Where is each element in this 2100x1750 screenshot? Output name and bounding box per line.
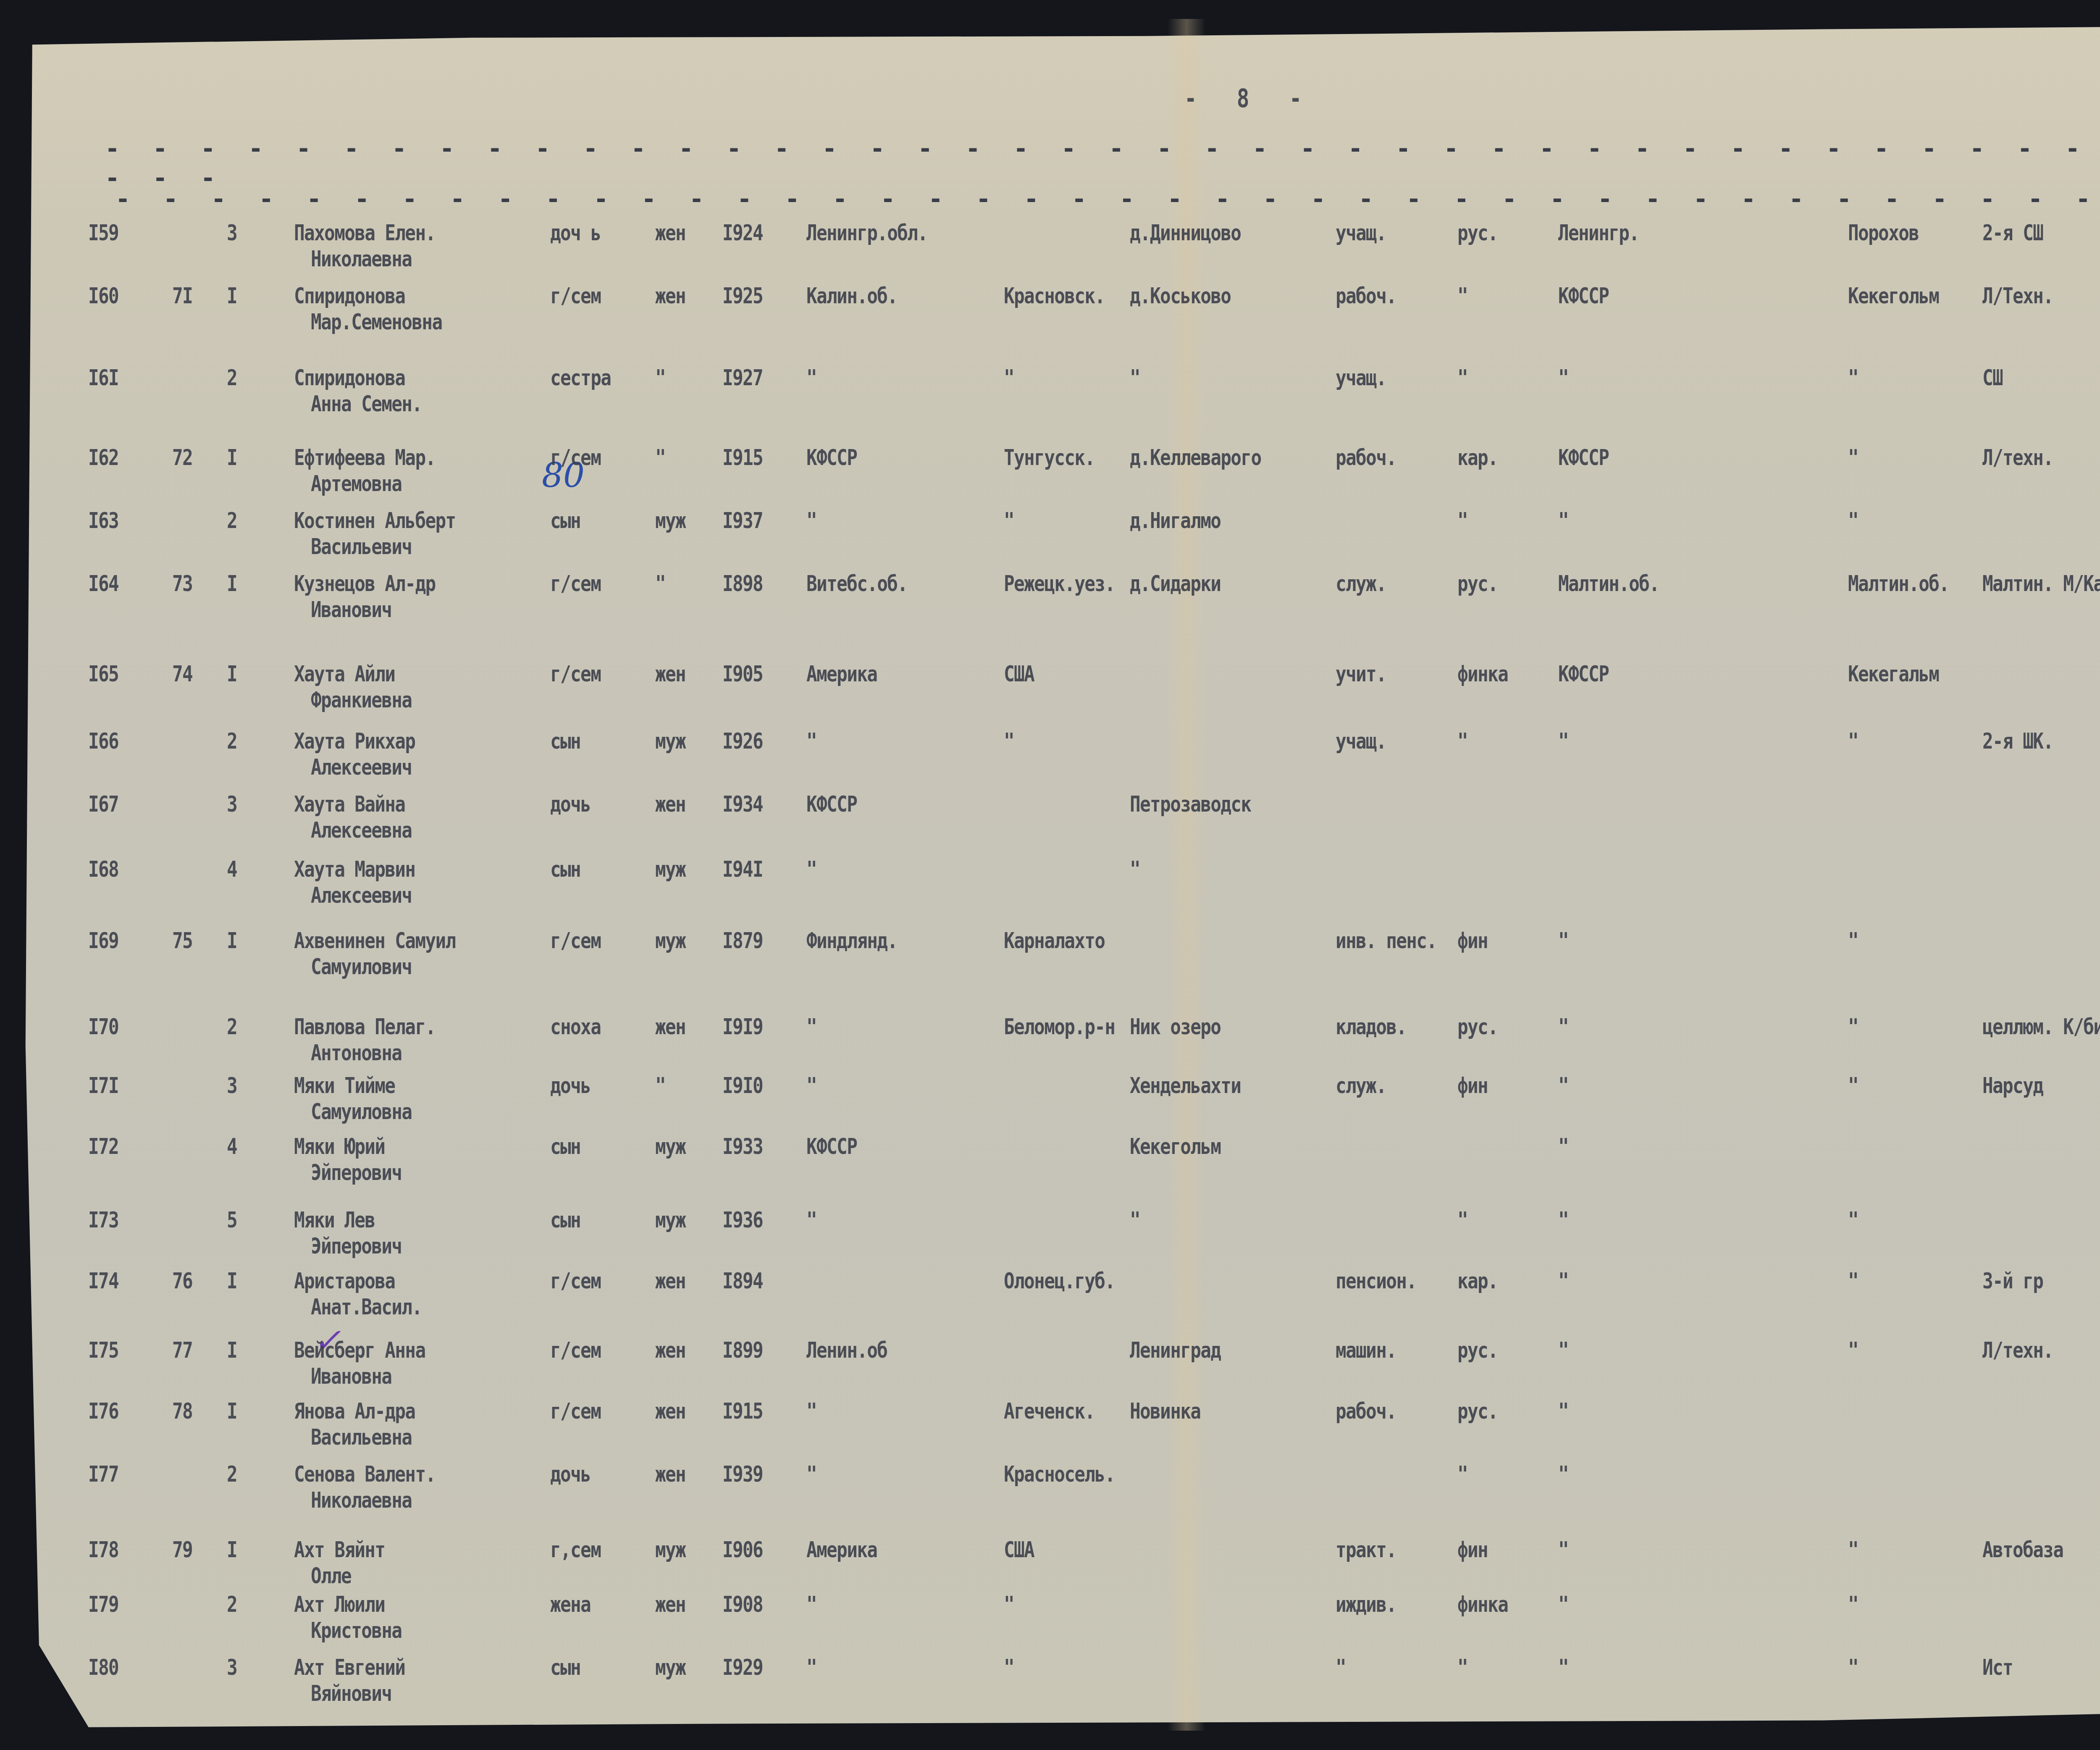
cell-name2: Николаевна	[311, 247, 412, 272]
cell-soc: рабоч.	[1336, 445, 1396, 470]
cell-fam: 75	[172, 928, 192, 954]
cell-nat: финка	[1457, 1592, 1508, 1617]
cell-sex: жен	[655, 1592, 685, 1617]
cell-work: СШ	[1982, 365, 2003, 391]
cell-year: I924	[722, 221, 763, 246]
cell-work: 2-я СШ	[1982, 221, 2043, 246]
cell-lives: Малтин.об.	[1848, 571, 1949, 596]
cell-birth1: Ленингр.обл.	[806, 221, 927, 246]
cell-work: Малтин. М/Кан.прок. пункт	[1982, 571, 2100, 596]
cell-birth3: Новинка	[1130, 1399, 1200, 1424]
cell-name2: Самуилович	[311, 954, 412, 980]
cell-lives: Кекегальм	[1848, 662, 1939, 687]
separator-line-top: - - - - - - - - - - - - - - - - - - - - …	[105, 134, 2100, 163]
cell-rel: сын	[550, 857, 580, 882]
cell-rel: г/сем	[550, 928, 601, 954]
cell-soc: учащ.	[1336, 221, 1386, 246]
cell-soc: кладов.	[1336, 1014, 1406, 1040]
cell-rel: г/сем	[550, 662, 601, 687]
cell-birth2: "	[1004, 1592, 1014, 1617]
cell-sex: жен	[655, 284, 685, 309]
separator-line-bottom: - - - - - - - - - - - - - - - - - - - - …	[115, 185, 2100, 213]
cell-name1: Ахт Вяйнт	[294, 1537, 385, 1563]
cell-birth3: д.Динницово	[1130, 221, 1241, 246]
cell-from: "	[1558, 1462, 1568, 1487]
cell-nat: финка	[1457, 662, 1508, 687]
cell-from: КФССР	[1558, 662, 1609, 687]
cell-name1: Хаута Марвин	[294, 857, 415, 882]
cell-year: I908	[722, 1592, 763, 1617]
cell-n: I7I	[88, 1073, 118, 1098]
cell-soc: рабоч.	[1336, 284, 1396, 309]
cell-year: I927	[722, 365, 763, 391]
cell-n: I79	[88, 1592, 118, 1617]
cell-name2: Николаевна	[311, 1488, 412, 1513]
cell-sex: муж	[655, 508, 685, 533]
cell-sex: жен	[655, 221, 685, 246]
cell-birth1: Америка	[806, 662, 877, 687]
paper-fold	[1168, 19, 1205, 1731]
cell-name1: Спиридонова	[294, 284, 405, 309]
cell-fam: 77	[172, 1338, 192, 1363]
cell-rel: сестра	[550, 365, 611, 391]
cell-birth2: "	[1004, 1655, 1014, 1680]
cell-n: I68	[88, 857, 118, 882]
cell-sex: жен	[655, 1399, 685, 1424]
cell-soc: служ.	[1336, 571, 1386, 596]
cell-soc: служ.	[1336, 1073, 1386, 1098]
cell-name2: Эйперович	[311, 1160, 402, 1185]
cell-year: I906	[722, 1537, 763, 1563]
cell-birth3: "	[1130, 857, 1140, 882]
cell-n: I70	[88, 1014, 118, 1040]
cell-nat: "	[1457, 1655, 1467, 1680]
cell-year: I934	[722, 792, 763, 817]
cell-birth1: КФССР	[806, 445, 857, 470]
cell-mem: 5	[227, 1208, 237, 1233]
cell-name2: Франкиевна	[311, 688, 412, 713]
cell-rel: дочь	[550, 1462, 591, 1487]
cell-nat: кар.	[1457, 1269, 1498, 1294]
cell-lives: "	[1848, 1014, 1858, 1040]
cell-name2: Артемовна	[311, 471, 402, 497]
cell-n: I73	[88, 1208, 118, 1233]
cell-name1: Аристарова	[294, 1269, 395, 1294]
cell-year: I933	[722, 1134, 763, 1159]
cell-nat: рус.	[1457, 571, 1498, 596]
cell-birth1: КФССР	[806, 1134, 857, 1159]
cell-name2: Васильевич	[311, 534, 412, 560]
cell-birth2: Олонец.губ.	[1004, 1269, 1115, 1294]
cell-birth2: Агеченск.	[1004, 1399, 1095, 1424]
cell-nat: фин	[1457, 928, 1488, 954]
cell-name1: Сенова Валент.	[294, 1462, 435, 1487]
cell-from: "	[1558, 1134, 1568, 1159]
cell-from: "	[1558, 508, 1568, 533]
cell-mem: 3	[227, 1073, 237, 1098]
cell-birth1: Калин.об.	[806, 284, 897, 309]
cell-rel: г/сем	[550, 445, 601, 470]
cell-year: I925	[722, 284, 763, 309]
cell-birth3: д.Нигалмо	[1130, 508, 1221, 533]
cell-rel: сын	[550, 1208, 580, 1233]
cell-rel: сын	[550, 1655, 580, 1680]
cell-year: I899	[722, 1338, 763, 1363]
cell-birth3: Ник озеро	[1130, 1014, 1221, 1040]
cell-fam: 74	[172, 662, 192, 687]
cell-lives: "	[1848, 365, 1858, 391]
cell-rel: сноха	[550, 1014, 601, 1040]
cell-name2: Самуиловна	[311, 1099, 412, 1125]
cell-birth2: США	[1004, 662, 1034, 687]
cell-sex: "	[655, 1073, 665, 1098]
cell-mem: 2	[227, 365, 237, 391]
cell-lives: "	[1848, 508, 1858, 533]
cell-lives: "	[1848, 1073, 1858, 1098]
cell-fam: 72	[172, 445, 192, 470]
cell-nat: "	[1457, 1208, 1467, 1233]
cell-from: КФССР	[1558, 445, 1609, 470]
cell-work: Л/техн.	[1982, 445, 2053, 470]
cell-birth1: "	[806, 1073, 816, 1098]
cell-mem: I	[227, 662, 237, 687]
cell-year: I9I0	[722, 1073, 763, 1098]
cell-birth1: "	[806, 1014, 816, 1040]
cell-rel: сын	[550, 729, 580, 754]
cell-year: I9I9	[722, 1014, 763, 1040]
cell-nat: кар.	[1457, 445, 1498, 470]
cell-birth1: Витебс.об.	[806, 571, 907, 596]
cell-rel: сын	[550, 1134, 580, 1159]
cell-fam: 73	[172, 571, 192, 596]
cell-name1: Хаута Айли	[294, 662, 395, 687]
cell-name2: Кристовна	[311, 1618, 402, 1643]
cell-birth2: Красновск.	[1004, 284, 1105, 309]
cell-year: I937	[722, 508, 763, 533]
cell-mem: I	[227, 928, 237, 954]
cell-nat: рус.	[1457, 1399, 1498, 1424]
cell-sex: жен	[655, 792, 685, 817]
cell-birth2: "	[1004, 508, 1014, 533]
cell-mem: 3	[227, 792, 237, 817]
cell-birth1: Ленин.об	[806, 1338, 887, 1363]
cell-mem: 2	[227, 1592, 237, 1617]
cell-lives: "	[1848, 729, 1858, 754]
cell-birth1: "	[806, 365, 816, 391]
cell-nat: "	[1457, 365, 1467, 391]
cell-sex: жен	[655, 1269, 685, 1294]
cell-from: Малтин.об.	[1558, 571, 1659, 596]
cell-sex: муж	[655, 928, 685, 954]
cell-sex: "	[655, 571, 665, 596]
cell-n: I72	[88, 1134, 118, 1159]
cell-n: I65	[88, 662, 118, 687]
cell-rel: доч ь	[550, 221, 601, 246]
cell-work: Ист	[1982, 1655, 2013, 1680]
cell-from: "	[1558, 1073, 1568, 1098]
cell-mem: I	[227, 445, 237, 470]
cell-rel: дочь	[550, 792, 591, 817]
cell-birth1: "	[806, 1655, 816, 1680]
cell-name1: Ефтифеева Мар.	[294, 445, 435, 470]
cell-lives: "	[1848, 1338, 1858, 1363]
cell-birth2: США	[1004, 1537, 1034, 1563]
cell-n: I76	[88, 1399, 118, 1424]
cell-rel: дочь	[550, 1073, 591, 1098]
cell-birth3: д.Сидарки	[1130, 571, 1221, 596]
cell-rel: г/сем	[550, 284, 601, 309]
cell-work: Л/техн.	[1982, 1338, 2053, 1363]
cell-fam: 79	[172, 1537, 192, 1563]
cell-rel: г/сем	[550, 1338, 601, 1363]
cell-lives: Порохов	[1848, 221, 1919, 246]
cell-birth3: Хендельахти	[1130, 1073, 1241, 1098]
cell-from: "	[1558, 729, 1568, 754]
cell-mem: I	[227, 1338, 237, 1363]
cell-name2: Алексеевич	[311, 755, 412, 780]
cell-name1: Хаута Вайна	[294, 792, 405, 817]
cell-name1: Ахвенинен Самуил	[294, 928, 456, 954]
cell-name1: Вейсберг Анна	[294, 1338, 425, 1363]
cell-year: I926	[722, 729, 763, 754]
cell-work: Л/Техн.	[1982, 284, 2053, 309]
cell-sex: жен	[655, 1338, 685, 1363]
cell-birth3: "	[1130, 365, 1140, 391]
cell-name1: Мяки Тийме	[294, 1073, 395, 1098]
cell-year: I936	[722, 1208, 763, 1233]
cell-rel: г/сем	[550, 571, 601, 596]
cell-lives: "	[1848, 1208, 1858, 1233]
cell-year: I929	[722, 1655, 763, 1680]
cell-birth1: Америка	[806, 1537, 877, 1563]
cell-n: I62	[88, 445, 118, 470]
cell-n: I60	[88, 284, 118, 309]
cell-n: I59	[88, 221, 118, 246]
cell-sex: жен	[655, 1462, 685, 1487]
cell-soc: машин.	[1336, 1338, 1396, 1363]
cell-mem: 2	[227, 1462, 237, 1487]
cell-rel: жена	[550, 1592, 591, 1617]
cell-mem: I	[227, 1269, 237, 1294]
cell-n: I63	[88, 508, 118, 533]
cell-nat: "	[1457, 1462, 1467, 1487]
cell-name1: Янова Ал-дра	[294, 1399, 415, 1424]
cell-name2: Васильевна	[311, 1425, 412, 1450]
cell-mem: 4	[227, 857, 237, 882]
cell-birth1: "	[806, 1208, 816, 1233]
cell-year: I898	[722, 571, 763, 596]
cell-birth2: Режецк.уез.	[1004, 571, 1115, 596]
cell-nat: "	[1457, 284, 1467, 309]
cell-lives: "	[1848, 1537, 1858, 1563]
cell-from: КФССР	[1558, 284, 1609, 309]
cell-soc: рабоч.	[1336, 1399, 1396, 1424]
cell-birth1: "	[806, 1592, 816, 1617]
cell-name1: Ахт Люили	[294, 1592, 385, 1617]
cell-sex: муж	[655, 729, 685, 754]
cell-birth2: Беломор.р-н	[1004, 1014, 1115, 1040]
cell-lives: "	[1848, 1592, 1858, 1617]
cell-from: Ленингр.	[1558, 221, 1639, 246]
cell-mem: 3	[227, 1655, 237, 1680]
cell-birth1: "	[806, 729, 816, 754]
cell-birth3: Петрозаводск	[1130, 792, 1251, 817]
cell-sex: муж	[655, 1537, 685, 1563]
cell-birth1: "	[806, 857, 816, 882]
cell-birth2: "	[1004, 365, 1014, 391]
cell-name2: Ивановна	[311, 1364, 391, 1389]
cell-mem: 4	[227, 1134, 237, 1159]
cell-soc: учащ.	[1336, 365, 1386, 391]
cell-birth2: Красносель.	[1004, 1462, 1115, 1487]
cell-n: I64	[88, 571, 118, 596]
cell-lives: Кекегольм	[1848, 284, 1939, 309]
cell-rel: г,сем	[550, 1537, 601, 1563]
cell-mem: 2	[227, 508, 237, 533]
cell-n: I66	[88, 729, 118, 754]
cell-n: I80	[88, 1655, 118, 1680]
cell-from: "	[1558, 1269, 1568, 1294]
cell-work: Автобаза	[1982, 1537, 2063, 1563]
cell-from: "	[1558, 1655, 1568, 1680]
cell-from: "	[1558, 1338, 1568, 1363]
cell-soc: тракт.	[1336, 1537, 1396, 1563]
cell-nat: рус.	[1457, 1014, 1498, 1040]
cell-rel: сын	[550, 508, 580, 533]
cell-name1: Пахомова Елен.	[294, 221, 435, 246]
cell-birth3: Кекегольм	[1130, 1134, 1221, 1159]
cell-mem: I	[227, 1399, 237, 1424]
cell-nat: рус.	[1457, 221, 1498, 246]
cell-name1: Хаута Рикхар	[294, 729, 415, 754]
cell-birth1: "	[806, 1462, 816, 1487]
cell-from: "	[1558, 1014, 1568, 1040]
cell-mem: 3	[227, 221, 237, 246]
cell-rel: г/сем	[550, 1269, 601, 1294]
cell-soc: "	[1336, 1655, 1346, 1680]
cell-from: "	[1558, 1592, 1568, 1617]
cell-mem: 2	[227, 729, 237, 754]
cell-n: I67	[88, 792, 118, 817]
cell-name1: Мяки Лев	[294, 1208, 375, 1233]
cell-fam: 78	[172, 1399, 192, 1424]
cell-mem: I	[227, 284, 237, 309]
cell-lives: "	[1848, 928, 1858, 954]
cell-sex: муж	[655, 1134, 685, 1159]
cell-n: I74	[88, 1269, 118, 1294]
cell-name1: Кузнецов Ал-др	[294, 571, 435, 596]
cell-sex: "	[655, 365, 665, 391]
cell-name1: Ахт Евгений	[294, 1655, 405, 1680]
cell-sex: жен	[655, 1014, 685, 1040]
cell-name1: Костинен Альберт	[294, 508, 456, 533]
cell-sex: муж	[655, 1208, 685, 1233]
cell-nat: фин	[1457, 1537, 1488, 1563]
cell-birth3: д.Коськово	[1130, 284, 1231, 309]
cell-birth3: Ленинград	[1130, 1338, 1221, 1363]
cell-year: I915	[722, 1399, 763, 1424]
cell-from: "	[1558, 928, 1568, 954]
cell-year: I894	[722, 1269, 763, 1294]
cell-mem: I	[227, 571, 237, 596]
cell-from: "	[1558, 1537, 1568, 1563]
cell-birth1: "	[806, 1399, 816, 1424]
cell-name2: Эйперович	[311, 1234, 402, 1259]
cell-from: "	[1558, 1399, 1568, 1424]
cell-birth1: Финдлянд.	[806, 928, 897, 954]
cell-n: I6I	[88, 365, 118, 391]
cell-sex: муж	[655, 1655, 685, 1680]
cell-lives: "	[1848, 1655, 1858, 1680]
cell-n: I69	[88, 928, 118, 954]
cell-n: I75	[88, 1338, 118, 1363]
cell-rel: г/сем	[550, 1399, 601, 1424]
cell-nat: "	[1457, 729, 1467, 754]
cell-work: целлюм. К/бинат	[1982, 1014, 2100, 1040]
cell-birth2: Карналахто	[1004, 928, 1105, 954]
cell-soc: учащ.	[1336, 729, 1386, 754]
cell-birth2: Тунгусск.	[1004, 445, 1095, 470]
cell-name1: Павлова Пелаг.	[294, 1014, 435, 1040]
cell-work: Нарсуд	[1982, 1073, 2043, 1098]
cell-nat: "	[1457, 508, 1467, 533]
cell-lives: "	[1848, 445, 1858, 470]
cell-fam: 7I	[172, 284, 192, 309]
cell-n: I77	[88, 1462, 118, 1487]
cell-birth1: КФССР	[806, 792, 857, 817]
cell-mem: 2	[227, 1014, 237, 1040]
cell-nat: фин	[1457, 1073, 1488, 1098]
cell-from: "	[1558, 365, 1568, 391]
cell-birth2: "	[1004, 729, 1014, 754]
cell-year: I905	[722, 662, 763, 687]
cell-name2: Олле	[311, 1563, 351, 1589]
cell-lives: "	[1848, 1269, 1858, 1294]
cell-sex: жен	[655, 662, 685, 687]
cell-soc: иждив.	[1336, 1592, 1396, 1617]
cell-fam: 76	[172, 1269, 192, 1294]
page-number: - 8 -	[1184, 86, 1315, 111]
cell-work: 2-я ШК.	[1982, 729, 2053, 754]
cell-name2: Анна Семен.	[311, 392, 422, 417]
cell-year: I879	[722, 928, 763, 954]
cell-soc: учит.	[1336, 662, 1386, 687]
cell-birth1: "	[806, 508, 816, 533]
cell-name1: Мяки Юрий	[294, 1134, 385, 1159]
cell-work: 3-й гр	[1982, 1269, 2043, 1294]
cell-soc: пенсион.	[1336, 1269, 1416, 1294]
cell-nat: рус.	[1457, 1338, 1498, 1363]
cell-name2: Алексеевич	[311, 883, 412, 908]
cell-name2: Анат.Васил.	[311, 1295, 422, 1320]
cell-year: I915	[722, 445, 763, 470]
cell-from: "	[1558, 1208, 1568, 1233]
cell-birth3: д.Келлеварого	[1130, 445, 1261, 470]
cell-soc: инв. пенс.	[1336, 928, 1436, 954]
cell-mem: I	[227, 1537, 237, 1563]
cell-name1: Спиридонова	[294, 365, 405, 391]
cell-n: I78	[88, 1537, 118, 1563]
cell-name2: Иванович	[311, 597, 391, 623]
cell-sex: "	[655, 445, 665, 470]
cell-name2: Антоновна	[311, 1041, 402, 1066]
cell-name2: Мар.Семеновна	[311, 310, 442, 335]
cell-birth3: "	[1130, 1208, 1140, 1233]
cell-year: I939	[722, 1462, 763, 1487]
cell-name2: Алексеевна	[311, 818, 412, 843]
cell-year: I94I	[722, 857, 763, 882]
cell-sex: муж	[655, 857, 685, 882]
